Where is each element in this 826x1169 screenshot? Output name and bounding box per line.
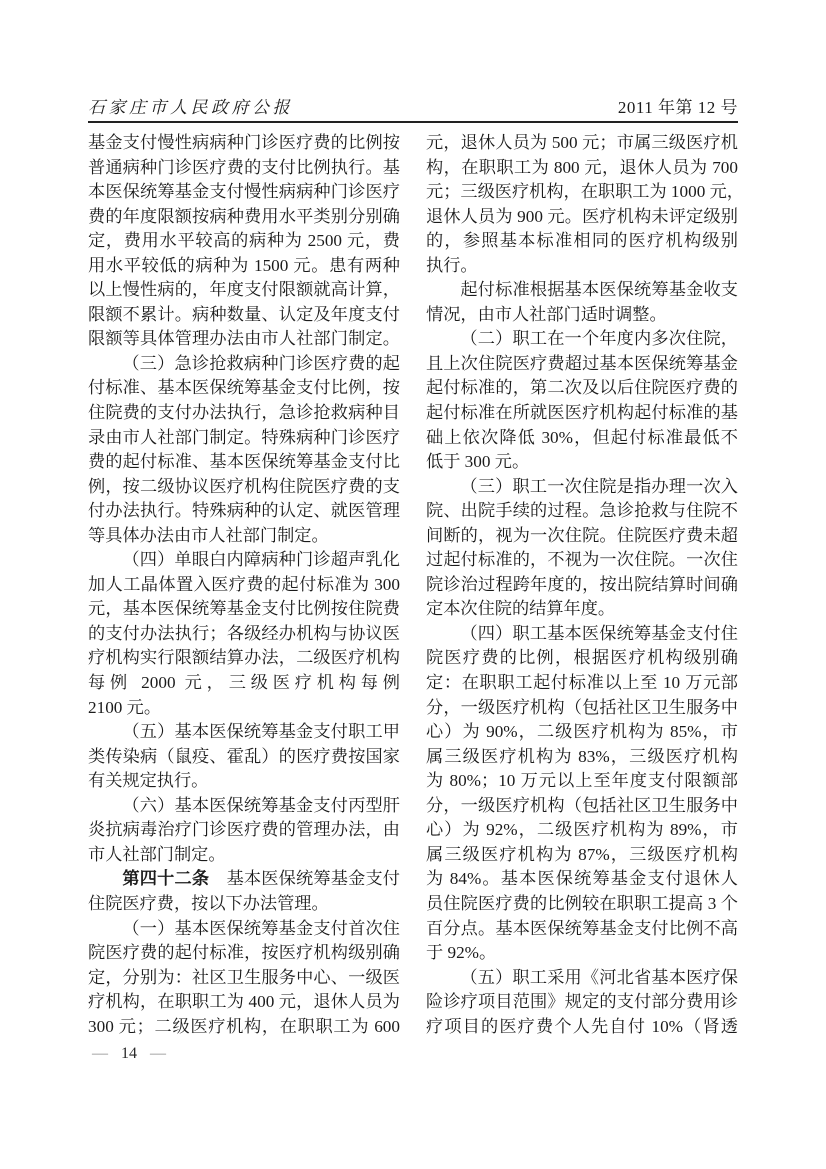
header-rule	[88, 121, 738, 123]
text-line: 普通病种门诊医疗费的支付比例执行。基	[88, 156, 400, 181]
text-line: 构，在职职工为 800 元，退休人员为 700	[426, 156, 738, 181]
text-line: 用水平较低的病种为 1500 元。患有两种	[88, 254, 400, 279]
text-line: 限额不累计。病种数量、认定及年度支付	[88, 303, 400, 328]
text-line: 分，一级医疗机构（包括社区卫生服务中	[426, 696, 738, 721]
text-line: 的支付办法执行；各级经办机构与协议医	[88, 622, 400, 647]
text-line: 基金支付慢性病病种门诊医疗费的比例按	[88, 131, 400, 156]
text-line: （一）基本医保统筹基金支付首次住	[88, 917, 400, 942]
text-line: 百分点。基本医保统筹基金支付比例不高	[426, 917, 738, 942]
text-line: 院医疗费的起付标准，按医疗机构级别确	[88, 941, 400, 966]
text-line: 起付标准在所就医医疗机构起付标准的基	[426, 401, 738, 426]
text-line: 定，分别为：社区卫生服务中心、一级医	[88, 966, 400, 991]
text-line: 起付标准的，第二次及以后住院医疗费的	[426, 376, 738, 401]
text-line: 执行。	[426, 254, 738, 279]
text-line: 属三级医疗机构为 87%，三级医疗机构	[426, 843, 738, 868]
document-body: 基金支付慢性病病种门诊医疗费的比例按普通病种门诊医疗费的支付比例执行。基本医保统…	[88, 131, 738, 1039]
text-line: （六）基本医保统筹基金支付丙型肝	[88, 794, 400, 819]
text-line: 过起付标准的，不视为一次住院。一次住	[426, 548, 738, 573]
text-line: 的，参照基本标准相同的医疗机构级别	[426, 229, 738, 254]
text-line: 元，基本医保统筹基金支付比例按住院费	[88, 597, 400, 622]
text-line: （四）职工基本医保统筹基金支付住	[426, 622, 738, 647]
text-line: （三）急诊抢救病种门诊医疗费的起	[88, 352, 400, 377]
text-line: 类传染病（鼠疫、霍乱）的医疗费按国家	[88, 745, 400, 770]
text-line: 以上慢性病的，年度支付限额就高计算，	[88, 278, 400, 303]
text-line: 元；三级医疗机构，在职职工为 1000 元，	[426, 180, 738, 205]
text-line: 住院费的支付办法执行，急诊抢救病种目	[88, 401, 400, 426]
text-line: 定：在职职工起付标准以上至 10 万元部	[426, 671, 738, 696]
text-line: 元，退休人员为 500 元；市属三级医疗机	[426, 131, 738, 156]
text-line: 情况，由市人社部门适时调整。	[426, 303, 738, 328]
right-column: 元，退休人员为 500 元；市属三级医疗机构，在职职工为 800 元，退休人员为…	[426, 131, 738, 1039]
text-line: 录由市人社部门制定。特殊病种门诊医疗	[88, 426, 400, 451]
text-line: 间断的，视为一次住院。住院医疗费未超	[426, 524, 738, 549]
text-line: 加人工晶体置入医疗费的起付标准为 300	[88, 573, 400, 598]
text-line: 2100 元。	[88, 696, 400, 721]
text-line: 住院医疗费，按以下办法管理。	[88, 892, 400, 917]
text-line: 于 92%。	[426, 941, 738, 966]
text-line: （五）职工采用《河北省基本医疗保	[426, 966, 738, 991]
text-line: 属三级医疗机构为 83%，三级医疗机构	[426, 745, 738, 770]
text-line: 分，一级医疗机构（包括社区卫生服务中	[426, 794, 738, 819]
page-number: 14	[121, 1044, 137, 1064]
text-line: 等具体办法由市人社部门制定。	[88, 524, 400, 549]
text-line: 每例 2000 元，三级医疗机构每例	[88, 671, 400, 696]
text-line: 付标准、基本医保统筹基金支付比例，按	[88, 376, 400, 401]
issue-number: 2011 年第 12 号	[618, 97, 738, 118]
text-line: 限额等具体管理办法由市人社部门制定。	[88, 327, 400, 352]
text-line: （二）职工在一个年度内多次住院，	[426, 327, 738, 352]
footer-dash-right: —	[150, 1044, 166, 1064]
text-line: 费的起付标准、基本医保统筹基金支付比	[88, 450, 400, 475]
text-line: 市人社部门制定。	[88, 843, 400, 868]
text-line: （三）职工一次住院是指办理一次入	[426, 475, 738, 500]
text-line: 疗机构实行限额结算办法，二级医疗机构	[88, 646, 400, 671]
text-line: 心）为 92%，二级医疗机构为 89%，市	[426, 818, 738, 843]
page-header: 石家庄市人民政府公报 2011 年第 12 号	[88, 97, 738, 118]
text-line: 础上依次降低 30%，但起付标准最低不	[426, 426, 738, 451]
text-line: 定，费用水平较高的病种为 2500 元，费	[88, 229, 400, 254]
text-line: 费的年度限额按病种费用水平类别分别确	[88, 205, 400, 230]
text-line: 院医疗费的比例，根据医疗机构级别确	[426, 646, 738, 671]
text-line: 低于 300 元。	[426, 450, 738, 475]
text-line: （五）基本医保统筹基金支付职工甲	[88, 720, 400, 745]
document-page: 石家庄市人民政府公报 2011 年第 12 号 基金支付慢性病病种门诊医疗费的比…	[0, 0, 826, 1169]
text-line: 例，按二级协议医疗机构住院医疗费的支	[88, 475, 400, 500]
text-line: 疗机构，在职职工为 400 元，退休人员为	[88, 990, 400, 1015]
text-line: 付办法执行。特殊病种的认定、就医管理	[88, 499, 400, 524]
text-line: 300 元；二级医疗机构，在职职工为 600	[88, 1015, 400, 1040]
text-line: 且上次住院医疗费超过基本医保统筹基金	[426, 352, 738, 377]
text-line: 第四十二条 基本医保统筹基金支付	[88, 867, 400, 892]
text-line: 院诊治过程跨年度的，按出院结算时间确	[426, 573, 738, 598]
text-line: 本医保统筹基金支付慢性病病种门诊医疗	[88, 180, 400, 205]
text-line: 退休人员为 900 元。医疗机构未评定级别	[426, 205, 738, 230]
text-line: （四）单眼白内障病种门诊超声乳化	[88, 548, 400, 573]
footer-dash-left: —	[92, 1044, 108, 1064]
gazette-title: 石家庄市人民政府公报	[88, 97, 293, 118]
text-line: 起付标准根据基本医保统筹基金收支	[426, 278, 738, 303]
text-line: 炎抗病毒治疗门诊医疗费的管理办法，由	[88, 818, 400, 843]
text-line: 有关规定执行。	[88, 769, 400, 794]
text-line: 院、出院手续的过程。急诊抢救与住院不	[426, 499, 738, 524]
left-column: 基金支付慢性病病种门诊医疗费的比例按普通病种门诊医疗费的支付比例执行。基本医保统…	[88, 131, 400, 1039]
text-line: 定本次住院的结算年度。	[426, 597, 738, 622]
text-line: 疗项目的医疗费个人先自付 10%（肾透	[426, 1015, 738, 1040]
text-line: 为 80%；10 万元以上至年度支付限额部	[426, 769, 738, 794]
page-footer: — 14 —	[92, 1044, 166, 1064]
text-line: 为 84%。基本医保统筹基金支付退休人	[426, 867, 738, 892]
text-line: 心）为 90%，二级医疗机构为 85%，市	[426, 720, 738, 745]
text-line: 险诊疗项目范围》规定的支付部分费用诊	[426, 990, 738, 1015]
text-line: 员住院医疗费的比例较在职职工提高 3 个	[426, 892, 738, 917]
